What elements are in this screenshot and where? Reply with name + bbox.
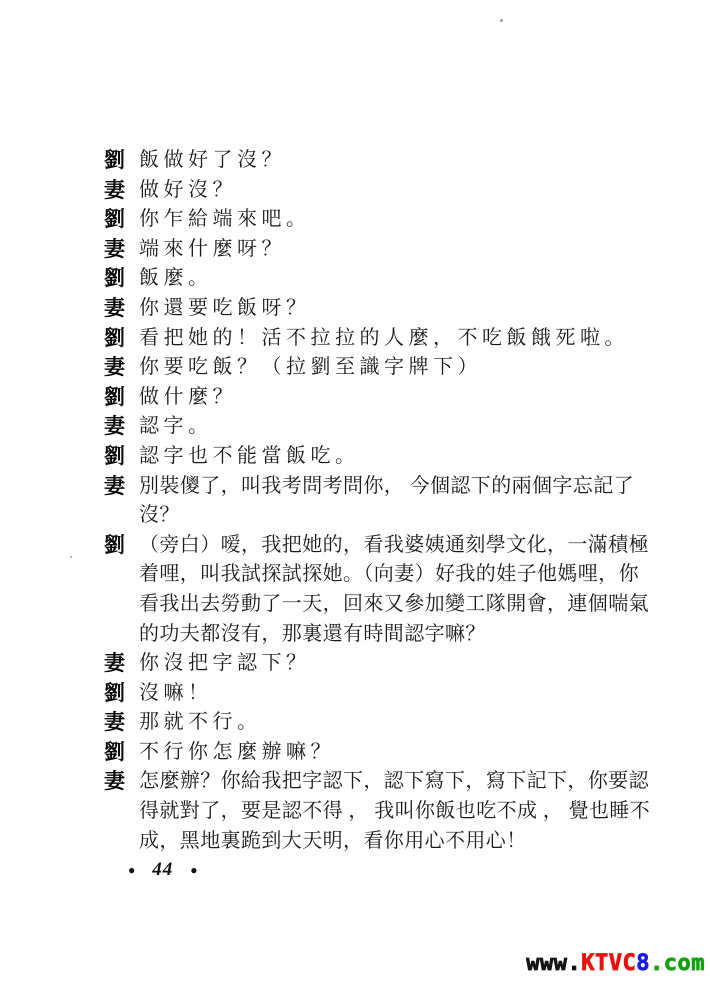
watermark-segment-site-name: KTVC [581,951,636,976]
dialogue-text: 別裝儍了，叫我考問考問你， 今個認下的兩個字忘記了沒？ [139,472,664,531]
dialogue-line: 你沒把字認下？ [139,649,664,679]
speaker-label: 劉 [104,324,128,354]
page-number: 44 [152,858,173,882]
dialogue-text: 你還要吃飯呀？ [139,294,664,324]
dialogue-line: 你還要吃飯呀？ [139,294,664,324]
dialogue-text: （旁白）嗳，我把她的，看我婆姨通刻學文化，一滿積極着哩，叫我試探試探她。（向妻）… [139,531,664,649]
dialogue-entry: 劉飯做好了沒？ [104,146,664,176]
watermark-segment-site-digit: 8 [636,951,650,976]
scan-speck [70,556,72,558]
watermark-segment-domain-suffix: .com [650,951,705,976]
dialogue-line: 不行你怎麼辦嘛？ [139,738,664,768]
dialogue-entry: 妻怎麼辦？你給我把字認下，認下寫下，寫下記下，你要認得就對了，要是認不得 ， 我… [104,767,664,856]
dialogue-entry: 劉不行你怎麼辦嘛？ [104,738,664,768]
dialogue-text: 做好沒？ [139,176,664,206]
speaker-label: 妻 [104,176,128,206]
dialogue-line: 看把她的！活不拉拉的人麼，不吃飯餓死啦。 [139,324,664,354]
dialogue-line: 沒？ [139,501,664,531]
dialogue-line: 你乍給端來吧。 [139,205,664,235]
watermark-url: www.KTVC8.com [526,951,705,976]
dialogue-line: 飯麼。 [139,264,664,294]
dialogue-text: 怎麼辦？你給我把字認下，認下寫下，寫下記下，你要認得就對了，要是認不得 ， 我叫… [139,767,664,856]
footer-right-dot: ● [190,858,197,882]
speaker-label: 妻 [104,294,128,324]
speaker-label: 劉 [104,679,128,709]
dialogue-text: 飯麼。 [139,264,664,294]
dialogue-entry: 劉沒嘛！ [104,679,664,709]
dialogue-entry: 妻你沒把字認下？ [104,649,664,679]
dialogue-text: 那就不行。 [139,708,664,738]
dialogue-text: 沒嘛！ [139,679,664,709]
dialogue-text: 你乍給端來吧。 [139,205,664,235]
dialogue-line: 那就不行。 [139,708,664,738]
dialogue-entry: 妻做好沒？ [104,176,664,206]
dialogue-entry: 妻你要吃飯？（拉劉至識字牌下） [104,353,664,383]
dialogue-line: 認字也不能當飯吃。 [139,442,664,472]
speaker-label: 劉 [104,738,128,768]
dialogue-text: 做什麼？ [139,383,664,413]
watermark-segment-www-prefix: www. [526,951,581,976]
dialogue-text: 端來什麼呀？ [139,235,664,265]
dialogue-line: 你要吃飯？（拉劉至識字牌下） [139,353,664,383]
page-number-footer: ● 44 ● [128,858,198,882]
dialogue-text: 你要吃飯？（拉劉至識字牌下） [139,353,664,383]
footer-left-dot: ● [128,858,135,882]
speaker-label: 劉 [104,383,128,413]
dialogue-list: 劉飯做好了沒？妻做好沒？劉你乍給端來吧。妻端來什麼呀？劉飯麼。妻你還要吃飯呀？劉… [104,146,664,856]
dialogue-line: 飯做好了沒？ [139,146,664,176]
dialogue-line: 做好沒？ [139,176,664,206]
speaker-label: 妻 [104,472,128,502]
dialogue-entry: 妻認字。 [104,412,664,442]
dialogue-line: 做什麼？ [139,383,664,413]
speaker-label: 劉 [104,146,128,176]
dialogue-line: 得就對了，要是認不得 ， 我叫你飯也吃不成 ， 覺也睡不 [139,797,664,827]
dialogue-line: 看我出去勞動了一天，回來又參加變工隊開會，連個喘氣 [139,590,664,620]
dialogue-line: 着哩，叫我試探試探她。（向妻）好我的娃子他媽哩，你 [139,560,664,590]
speaker-label: 妻 [104,708,128,738]
speaker-label: 妻 [104,412,128,442]
scanned-script-page: 劉飯做好了沒？妻做好沒？劉你乍給端來吧。妻端來什麼呀？劉飯麼。妻你還要吃飯呀？劉… [0,0,710,981]
dialogue-text: 認字也不能當飯吃。 [139,442,664,472]
dialogue-line: 認字。 [139,412,664,442]
dialogue-entry: 妻那就不行。 [104,708,664,738]
dialogue-line: （旁白）嗳，我把她的，看我婆姨通刻學文化，一滿積極 [139,531,664,561]
dialogue-line: 別裝儍了，叫我考問考問你， 今個認下的兩個字忘記了 [139,472,664,502]
speaker-label: 妻 [104,767,128,797]
dialogue-entry: 劉做什麼？ [104,383,664,413]
dialogue-entry: 劉認字也不能當飯吃。 [104,442,664,472]
dialogue-line: 的功夫都沒有，那裏還有時間認字嘛？ [139,620,664,650]
speaker-label: 劉 [104,205,128,235]
speaker-label: 劉 [104,264,128,294]
dialogue-entry: 劉（旁白）嗳，我把她的，看我婆姨通刻學文化，一滿積極着哩，叫我試探試探她。（向妻… [104,531,664,649]
speaker-label: 妻 [104,353,128,383]
dialogue-entry: 劉你乍給端來吧。 [104,205,664,235]
dialogue-text: 飯做好了沒？ [139,146,664,176]
speaker-label: 妻 [104,235,128,265]
scan-speck [500,19,503,22]
dialogue-entry: 妻你還要吃飯呀？ [104,294,664,324]
speaker-label: 劉 [104,531,128,561]
speaker-label: 妻 [104,649,128,679]
dialogue-line: 沒嘛！ [139,679,664,709]
dialogue-entry: 妻端來什麼呀？ [104,235,664,265]
dialogue-entry: 妻別裝儍了，叫我考問考問你， 今個認下的兩個字忘記了沒？ [104,472,664,531]
dialogue-text: 你沒把字認下？ [139,649,664,679]
dialogue-line: 成，黑地裏跪到大天明，看你用心不用心！ [139,827,664,857]
dialogue-text: 認字。 [139,412,664,442]
dialogue-text: 不行你怎麼辦嘛？ [139,738,664,768]
speaker-label: 劉 [104,442,128,472]
dialogue-text: 看把她的！活不拉拉的人麼，不吃飯餓死啦。 [139,324,664,354]
dialogue-entry: 劉飯麼。 [104,264,664,294]
dialogue-line: 端來什麼呀？ [139,235,664,265]
dialogue-entry: 劉看把她的！活不拉拉的人麼，不吃飯餓死啦。 [104,324,664,354]
dialogue-line: 怎麼辦？你給我把字認下，認下寫下，寫下記下，你要認 [139,767,664,797]
